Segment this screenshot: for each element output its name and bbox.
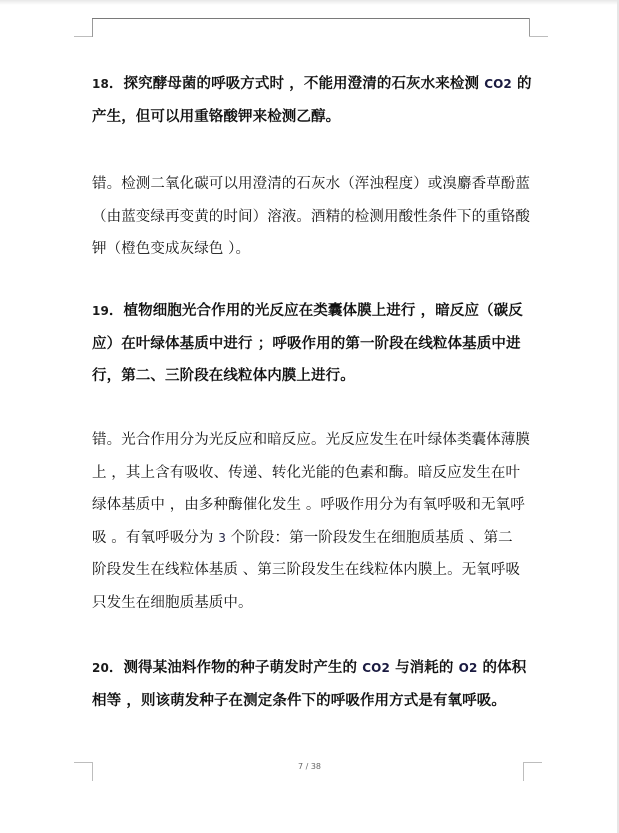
answer-line: 绿体基质中 ，由多种酶催化发生 。呼吸作用分为有氧呼吸和无氧呼: [92, 489, 526, 522]
top-right-corner-mark-h: [529, 36, 548, 37]
answer-19: 错。光合作用分为光反应和暗反应。光反应发生在叶绿体类囊体薄膜 上 ，其上含有吸收…: [92, 424, 526, 619]
header-rule: [92, 18, 530, 19]
question-text: 的: [512, 76, 532, 92]
top-left-corner-mark-h: [74, 36, 93, 37]
answer-18: 错。检测二氧化碳可以用澄清的石灰水（浑浊程度）或溴麝香草酚蓝 （由蓝变绿再变黄的…: [92, 168, 526, 266]
chem-formula: CO2: [362, 661, 390, 675]
answer-line: 只发生在细胞质基质中。: [92, 587, 526, 620]
stage-count: 3: [218, 531, 226, 545]
top-right-corner-mark-v: [529, 18, 530, 37]
top-left-corner-mark-v: [92, 18, 93, 37]
question-text: ．植物细胞光合作用的光反应在类囊体膜上进行 ，暗反应（碳反: [109, 303, 523, 319]
question-19-line-1: 19．植物细胞光合作用的光反应在类囊体膜上进行 ，暗反应（碳反: [92, 295, 526, 328]
question-20-line-1: 20．测得某油料作物的种子萌发时产生的 CO2 与消耗的 O2 的体积: [92, 652, 526, 685]
chem-formula: CO2: [484, 77, 512, 91]
question-19: 19．植物细胞光合作用的光反应在类囊体膜上进行 ，暗反应（碳反 应）在叶绿体基质…: [92, 295, 526, 393]
answer-line: 阶段发生在线粒体基质 、第三阶段发生在线粒体内膜上。无氧呼吸: [92, 554, 526, 587]
page-indicator: 7 / 38: [0, 762, 619, 771]
answer-text: 个阶段：第一阶段发生在细胞质基质 、第二: [226, 530, 513, 546]
question-20-line-2: 相等 ，则该萌发种子在测定条件下的呼吸作用方式是有氧呼吸。: [92, 685, 526, 718]
answer-line: 钾（橙色变成灰绿色 ）。: [92, 233, 526, 266]
answer-line: （由蓝变绿再变黄的时间）溶液。酒精的检测用酸性条件下的重铬酸: [92, 201, 526, 234]
question-text: ．测得某油料作物的种子萌发时产生的: [109, 660, 362, 676]
question-text: ．探究酵母菌的呼吸方式时 ，不能用澄清的石灰水来检测: [109, 76, 484, 92]
window-top-shadow: [0, 0, 619, 5]
question-19-line-3: 行，第二、三阶段在线粒体内膜上进行。: [92, 360, 526, 393]
question-number: 18: [92, 77, 109, 91]
question-text: 与消耗的: [390, 660, 459, 676]
question-number: 19: [92, 304, 109, 318]
answer-line: 错。检测二氧化碳可以用澄清的石灰水（浑浊程度）或溴麝香草酚蓝: [92, 168, 526, 201]
answer-line: 错。光合作用分为光反应和暗反应。光反应发生在叶绿体类囊体薄膜: [92, 424, 526, 457]
question-text: 产生，但可以用重铬酸钾来检测乙醇。: [92, 109, 340, 125]
question-19-line-2: 应）在叶绿体基质中进行 ；呼吸作用的第一阶段在线粒体基质中进: [92, 328, 526, 361]
answer-line: 吸 。有氧呼吸分为 3 个阶段：第一阶段发生在细胞质基质 、第二: [92, 522, 526, 555]
question-20: 20．测得某油料作物的种子萌发时产生的 CO2 与消耗的 O2 的体积 相等 ，…: [92, 652, 526, 717]
question-18-line-2: 产生，但可以用重铬酸钾来检测乙醇。: [92, 101, 526, 134]
question-18-line-1: 18．探究酵母菌的呼吸方式时 ，不能用澄清的石灰水来检测 CO2 的: [92, 68, 526, 101]
question-text: 的体积: [477, 660, 526, 676]
answer-line: 上 ，其上含有吸收、传递、转化光能的色素和酶。暗反应发生在叶: [92, 457, 526, 490]
question-18: 18．探究酵母菌的呼吸方式时 ，不能用澄清的石灰水来检测 CO2 的 产生，但可…: [92, 68, 526, 133]
question-number: 20: [92, 661, 109, 675]
chem-formula: O2: [459, 661, 478, 675]
answer-text: 吸 。有氧呼吸分为: [92, 530, 218, 546]
